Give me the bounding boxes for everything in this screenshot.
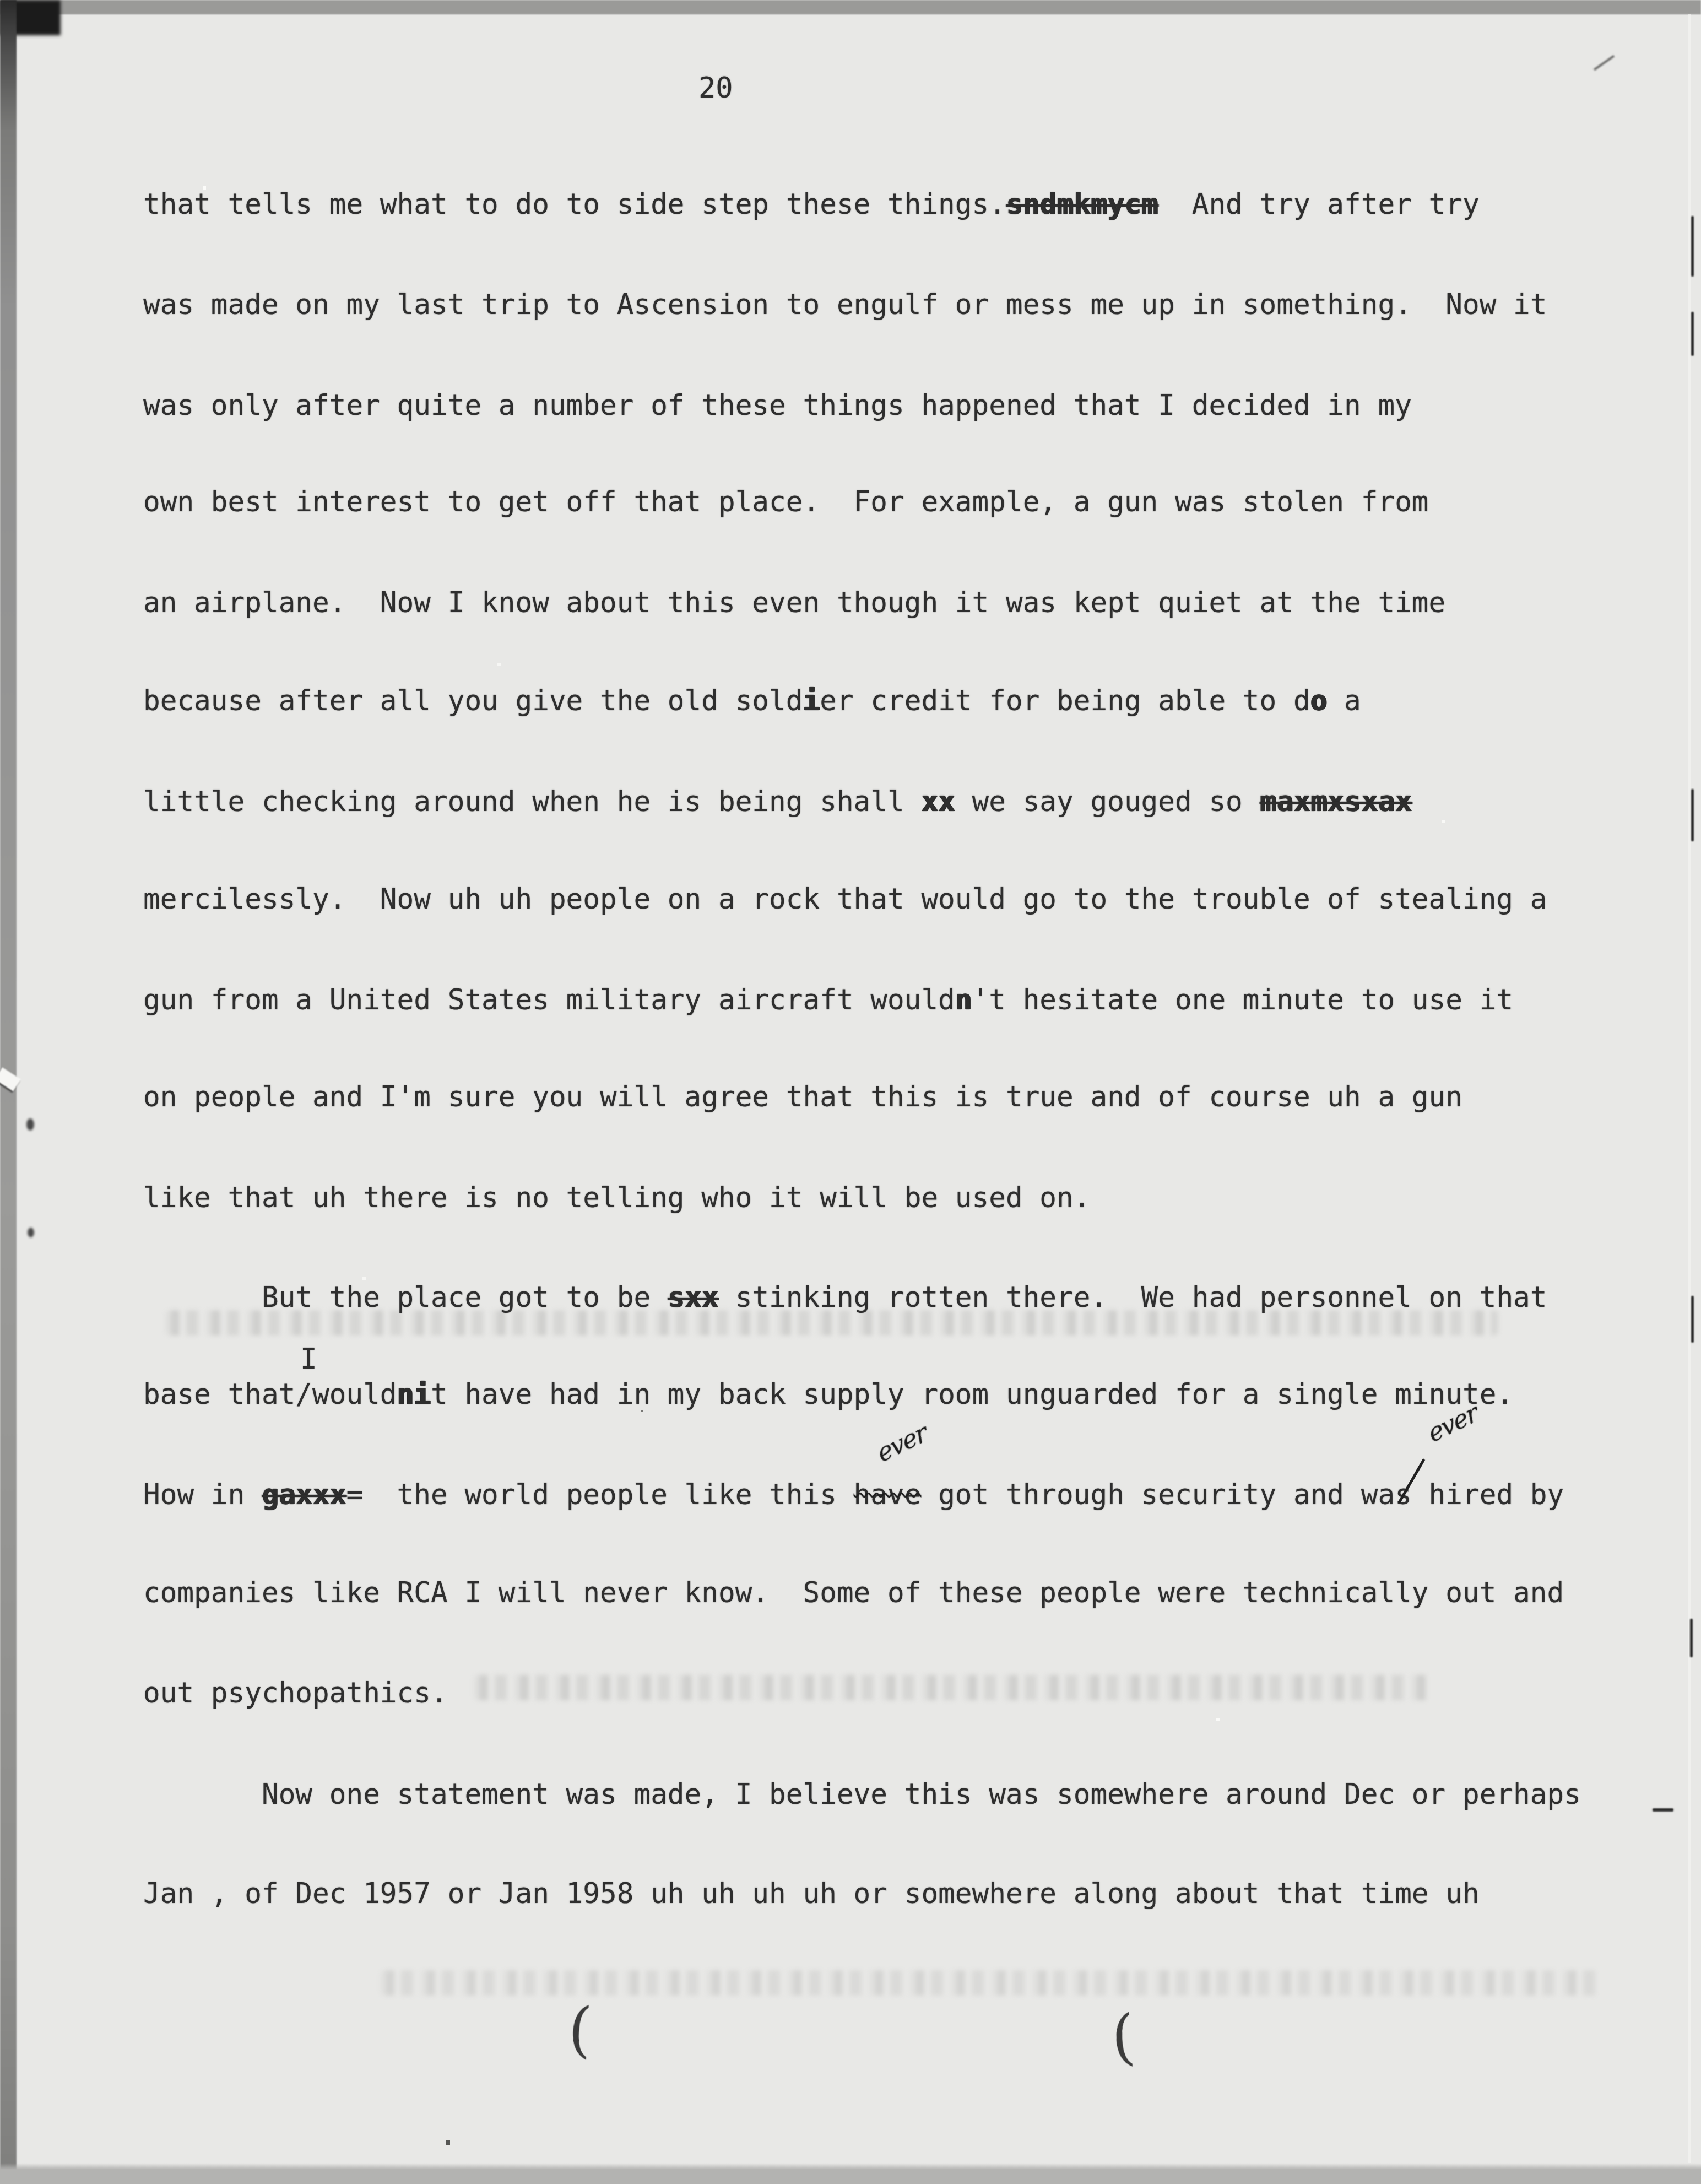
typed-text: little checking around when he is being …: [143, 786, 921, 818]
typed-text: 't hesitate one minute to use it: [972, 984, 1514, 1017]
dust-specks: [0, 0, 1, 1]
typed-text: But the place got to be: [143, 1282, 668, 1314]
typed-line: out psychopathics.: [143, 1677, 448, 1711]
typed-text: that tells me what to do to side step th…: [143, 188, 1006, 221]
typed-line: own best interest to get off that place.…: [143, 486, 1429, 520]
typed-line: gun from a United States military aircra…: [143, 984, 1513, 1018]
stray-parenthesis-mark: (: [1109, 2003, 1137, 2073]
typed-text: like that uh there is no telling who it …: [143, 1182, 1090, 1214]
typed-text: stinking rotten there. We had personnel …: [718, 1282, 1547, 1314]
typed-line: was made on my last trip to Ascension to…: [143, 289, 1547, 323]
typed-line: an airplane. Now I know about this even …: [143, 587, 1445, 621]
typed-text: = the world people like this: [346, 1479, 853, 1511]
typed-line: Now one statement was made, I believe th…: [143, 1778, 1581, 1813]
typed-text: because after all you give the old sold: [143, 685, 803, 717]
ghost-text-band: [380, 1970, 1603, 1996]
scanned-typescript-page: 20 that tells me what to do to side step…: [0, 0, 1701, 2184]
typed-text: Jan , of Dec 1957 or Jan 1958 uh uh uh u…: [143, 1878, 1480, 1910]
scan-tick-mark: [1653, 1808, 1673, 1812]
scratch-mark: [1594, 55, 1615, 71]
typed-line: was only after quite a number of these t…: [143, 390, 1412, 424]
scan-tick-mark: [1691, 312, 1694, 356]
typed-line: mercilessly. Now uh uh people on a rock …: [143, 883, 1547, 917]
typed-text: t have had in my back supply room unguar…: [431, 1378, 1513, 1411]
scan-tick-mark: [1691, 216, 1694, 277]
edge-smudge: [28, 1228, 34, 1237]
typed-text: Now one statement was made, I believe th…: [143, 1778, 1581, 1811]
scan-tick-mark: [1691, 789, 1694, 841]
hand-struck-text: have: [854, 1479, 922, 1511]
struck-out-text: maxmxsxax: [1260, 786, 1412, 818]
typed-line: companies like RCA I will never know. So…: [143, 1577, 1564, 1611]
typed-line: Ibase that/wouldnit have had in my back …: [143, 1378, 1513, 1413]
typed-text: we say gouged so: [955, 786, 1260, 818]
typed-line: But the place got to be sxx stinking rot…: [143, 1282, 1547, 1316]
inserted-word-above-line: I: [300, 1343, 317, 1376]
scan-edge-left: [0, 0, 17, 2184]
typed-line: Jan , of Dec 1957 or Jan 1958 uh uh uh u…: [143, 1878, 1480, 1912]
overtyped-text: ni: [397, 1378, 431, 1411]
typed-text: got through security and was hired by: [921, 1479, 1564, 1511]
typed-text: mercilessly. Now uh uh people on a rock …: [143, 883, 1547, 916]
typed-text: out psychopathics.: [143, 1677, 448, 1710]
typed-text: How in: [143, 1479, 262, 1511]
typed-text: own best interest to get off that place.…: [143, 486, 1429, 518]
overtyped-text: xx: [921, 786, 955, 818]
struck-out-text: gaxxx: [262, 1479, 346, 1511]
scan-edge-bottom: [0, 2163, 1701, 2184]
typed-line: little checking around when he is being …: [143, 786, 1412, 820]
typed-text: er credit for being able to d: [820, 685, 1310, 717]
typed-text: a: [1327, 685, 1361, 717]
typed-text: And try after try: [1158, 188, 1479, 221]
handwritten-correction: ever: [873, 1418, 930, 1468]
typed-text: companies like RCA I will never know. So…: [143, 1577, 1564, 1609]
page-number: 20: [698, 72, 733, 105]
overtyped-text: n: [955, 984, 972, 1017]
struck-out-text: sxx: [668, 1282, 718, 1314]
overtyped-text: o: [1310, 685, 1328, 717]
typed-text: gun from a United States military aircra…: [143, 984, 955, 1017]
typed-line: that tells me what to do to side step th…: [143, 188, 1480, 223]
scan-tick-mark: [1690, 1619, 1693, 1657]
typed-text: was made on my last trip to Ascension to…: [143, 289, 1547, 321]
typed-text: an airplane. Now I know about this even …: [143, 587, 1445, 619]
typed-text: base that/would: [143, 1378, 397, 1411]
typed-line: on people and I'm sure you will agree th…: [143, 1081, 1462, 1115]
typed-line: like that uh there is no telling who it …: [143, 1182, 1090, 1216]
overtyped-text: i: [803, 685, 820, 717]
typed-line: because after all you give the old soldi…: [143, 685, 1361, 719]
typed-text: on people and I'm sure you will agree th…: [143, 1081, 1462, 1113]
typed-text: was only after quite a number of these t…: [143, 390, 1412, 422]
struck-overtyped-text: sndmkmycm: [1006, 188, 1158, 221]
typed-line: How in gaxxx= the world people like this…: [143, 1479, 1564, 1513]
ghost-text-band: [474, 1675, 1432, 1700]
scan-edge-top: [0, 0, 1701, 14]
edge-smudge: [26, 1118, 34, 1131]
scan-tick-mark: [1691, 1296, 1694, 1343]
stray-parenthesis-mark: (: [567, 1995, 594, 2065]
